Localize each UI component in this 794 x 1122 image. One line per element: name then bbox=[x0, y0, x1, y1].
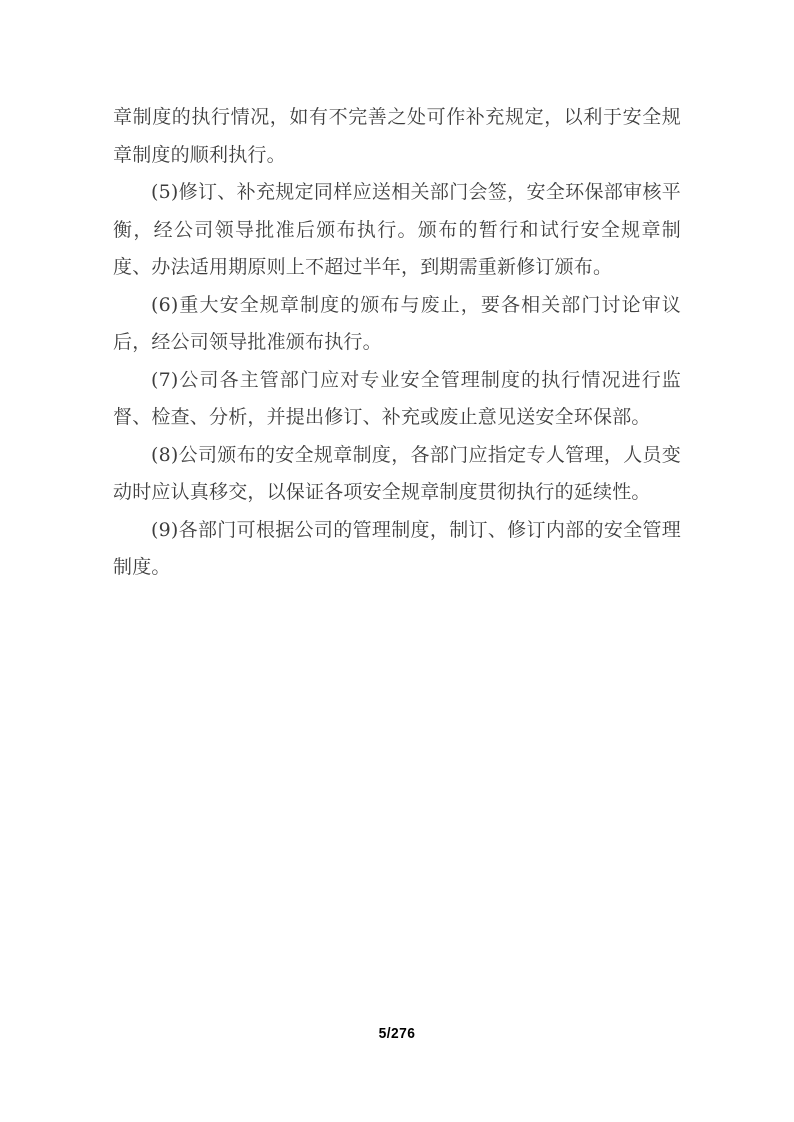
paragraph-item-7: (7)公司各主管部门应对专业安全管理制度的执行情况进行监督、检查、分析，并提出修… bbox=[113, 362, 681, 437]
document-page: 章制度的执行情况，如有不完善之处可作补充规定，以利于安全规章制度的顺利执行。 (… bbox=[0, 0, 794, 1122]
paragraph-item-8: (8)公司颁布的安全规章制度，各部门应指定专人管理，人员变动时应认真移交，以保证… bbox=[113, 437, 681, 512]
page-number: 5/276 bbox=[379, 1025, 416, 1042]
document-body: 章制度的执行情况，如有不完善之处可作补充规定，以利于安全规章制度的顺利执行。 (… bbox=[113, 99, 681, 587]
paragraph-item-5: (5)修订、补充规定同样应送相关部门会签，安全环保部审核平衡，经公司领导批准后颁… bbox=[113, 174, 681, 287]
page-footer: 5/276 bbox=[0, 1023, 794, 1042]
paragraph-item-9: (9)各部门可根据公司的管理制度，制订、修订内部的安全管理制度。 bbox=[113, 512, 681, 587]
paragraph-continuation: 章制度的执行情况，如有不完善之处可作补充规定，以利于安全规章制度的顺利执行。 bbox=[113, 99, 681, 174]
paragraph-item-6: (6)重大安全规章制度的颁布与废止，要各相关部门讨论审议后，经公司领导批准颁布执… bbox=[113, 287, 681, 362]
